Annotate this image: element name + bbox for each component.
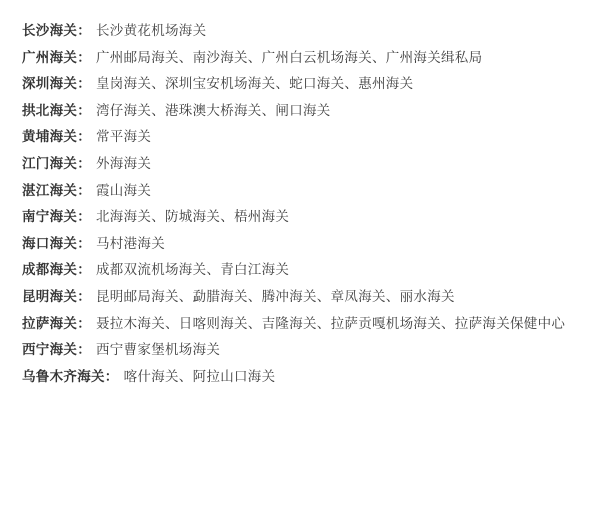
customs-subordinate-list: 外海海关 [96,156,151,171]
customs-row: 成都海关：成都双流机场海关、青白江海关 [22,257,569,284]
customs-row: 湛江海关：霞山海关 [22,178,569,205]
customs-subordinate-list: 北海海关、防城海关、梧州海关 [96,209,289,224]
customs-row: 昆明海关：昆明邮局海关、勐腊海关、腾冲海关、章凤海关、丽水海关 [22,284,569,311]
customs-region-label: 南宁海关： [22,209,91,224]
customs-row: 乌鲁木齐海关：喀什海关、阿拉山口海关 [22,364,569,391]
customs-row: 深圳海关：皇岗海关、深圳宝安机场海关、蛇口海关、惠州海关 [22,71,569,98]
customs-subordinate-list: 聂拉木海关、日喀则海关、吉隆海关、拉萨贡嘎机场海关、拉萨海关保健中心 [96,316,565,331]
customs-row: 长沙海关：长沙黄花机场海关 [22,18,569,45]
customs-region-label: 成都海关： [22,262,91,277]
customs-row: 江门海关：外海海关 [22,151,569,178]
customs-subordinate-list: 常平海关 [96,129,151,144]
customs-region-label: 深圳海关： [22,76,91,91]
customs-list: 长沙海关：长沙黄花机场海关广州海关：广州邮局海关、南沙海关、广州白云机场海关、广… [22,18,569,390]
customs-region-label: 拱北海关： [22,103,91,118]
customs-subordinate-list: 西宁曹家堡机场海关 [96,342,220,357]
customs-offices-page: 长沙海关：长沙黄花机场海关广州海关：广州邮局海关、南沙海关、广州白云机场海关、广… [0,0,589,520]
customs-region-label: 乌鲁木齐海关： [22,369,119,384]
customs-row: 海口海关：马村港海关 [22,231,569,258]
customs-subordinate-list: 湾仔海关、港珠澳大桥海关、闸口海关 [96,103,331,118]
customs-region-label: 西宁海关： [22,342,91,357]
customs-region-label: 湛江海关： [22,183,91,198]
customs-subordinate-list: 喀什海关、阿拉山口海关 [124,369,276,384]
customs-subordinate-list: 昆明邮局海关、勐腊海关、腾冲海关、章凤海关、丽水海关 [96,289,455,304]
customs-row: 西宁海关：西宁曹家堡机场海关 [22,337,569,364]
customs-subordinate-list: 广州邮局海关、南沙海关、广州白云机场海关、广州海关缉私局 [96,50,482,65]
customs-region-label: 长沙海关： [22,23,91,38]
customs-subordinate-list: 成都双流机场海关、青白江海关 [96,262,289,277]
customs-subordinate-list: 霞山海关 [96,183,151,198]
customs-region-label: 黄埔海关： [22,129,91,144]
customs-subordinate-list: 皇岗海关、深圳宝安机场海关、蛇口海关、惠州海关 [96,76,413,91]
customs-row: 拱北海关：湾仔海关、港珠澳大桥海关、闸口海关 [22,98,569,125]
customs-region-label: 海口海关： [22,236,91,251]
customs-row: 广州海关：广州邮局海关、南沙海关、广州白云机场海关、广州海关缉私局 [22,45,569,72]
customs-region-label: 江门海关： [22,156,91,171]
customs-row: 黄埔海关：常平海关 [22,124,569,151]
customs-region-label: 拉萨海关： [22,316,91,331]
customs-subordinate-list: 马村港海关 [96,236,165,251]
customs-row: 拉萨海关：聂拉木海关、日喀则海关、吉隆海关、拉萨贡嘎机场海关、拉萨海关保健中心 [22,311,569,338]
customs-row: 南宁海关：北海海关、防城海关、梧州海关 [22,204,569,231]
customs-region-label: 广州海关： [22,50,91,65]
customs-region-label: 昆明海关： [22,289,91,304]
customs-subordinate-list: 长沙黄花机场海关 [96,23,206,38]
